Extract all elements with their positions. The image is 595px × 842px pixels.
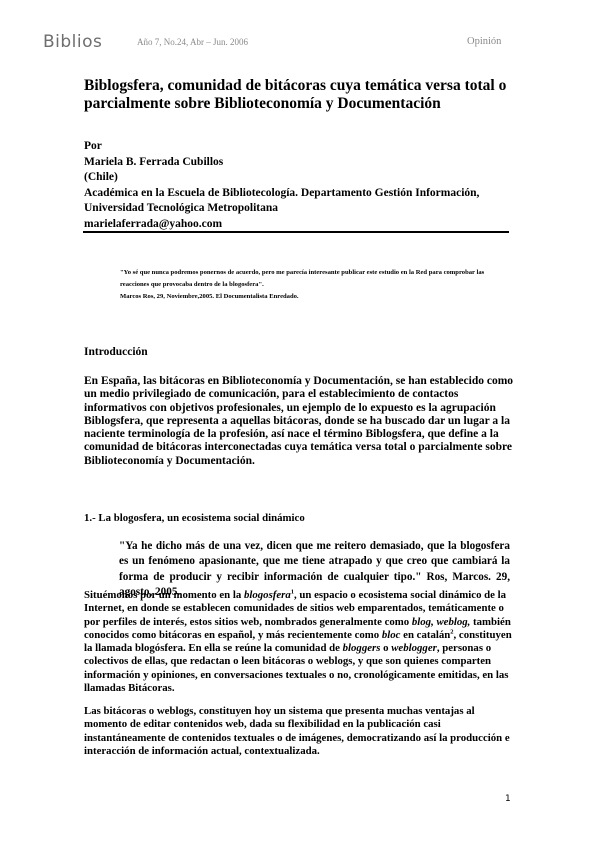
- text-run: en catalán: [400, 629, 450, 641]
- byline: Por Mariela B. Ferrada Cubillos (Chile) …: [84, 139, 524, 232]
- epigraph-quote: "Yo sé que nunca podremos ponernos de ac…: [120, 267, 510, 291]
- page-header: Biblios Año 7, No.24, Abr – Jun. 2006 Op…: [0, 30, 595, 54]
- epigraph: "Yo sé que nunca podremos ponernos de ac…: [120, 267, 510, 303]
- term-bloggers: bloggers: [343, 642, 381, 654]
- text-run: o: [380, 642, 391, 654]
- term-blog-weblog: blog, weblog,: [412, 616, 470, 628]
- introduction-paragraph: En España, las bitácoras en Bibliotecono…: [84, 375, 516, 468]
- page-number: 1: [505, 794, 511, 804]
- text-run: Situémonos por un momento en la: [84, 589, 244, 601]
- term-blogosfera: blogosfera: [244, 589, 291, 601]
- author-name: Mariela B. Ferrada Cubillos: [84, 155, 524, 171]
- issue-info: Año 7, No.24, Abr – Jun. 2006: [137, 37, 248, 47]
- byline-prefix: Por: [84, 139, 524, 155]
- author-affiliation: Académica en la Escuela de Bibliotecolog…: [84, 186, 524, 202]
- section-1-heading: 1.- La blogosfera, un ecosistema social …: [84, 512, 305, 524]
- section-1-paragraph-2: Las bitácoras o weblogs, constituyen hoy…: [84, 705, 516, 758]
- section-1-paragraph-1: Situémonos por un momento en la blogosfe…: [84, 589, 516, 695]
- article-title: Biblogsfera, comunidad de bitácoras cuya…: [84, 77, 524, 113]
- section-tag: Opinión: [467, 36, 501, 47]
- byline-divider: [83, 231, 509, 233]
- author-university: Universidad Tecnológica Metropolitana: [84, 201, 524, 217]
- author-country: (Chile): [84, 170, 524, 186]
- introduction-heading: Introducción: [84, 346, 148, 358]
- epigraph-source: Marcos Ros, 29, Noviembre,2005. El Docum…: [120, 291, 510, 303]
- author-email: marielaferrada@yahoo.com: [84, 217, 524, 233]
- term-weblogger: weblogger: [391, 642, 437, 654]
- term-bloc: bloc: [382, 629, 401, 641]
- journal-logo: Biblios: [43, 32, 102, 52]
